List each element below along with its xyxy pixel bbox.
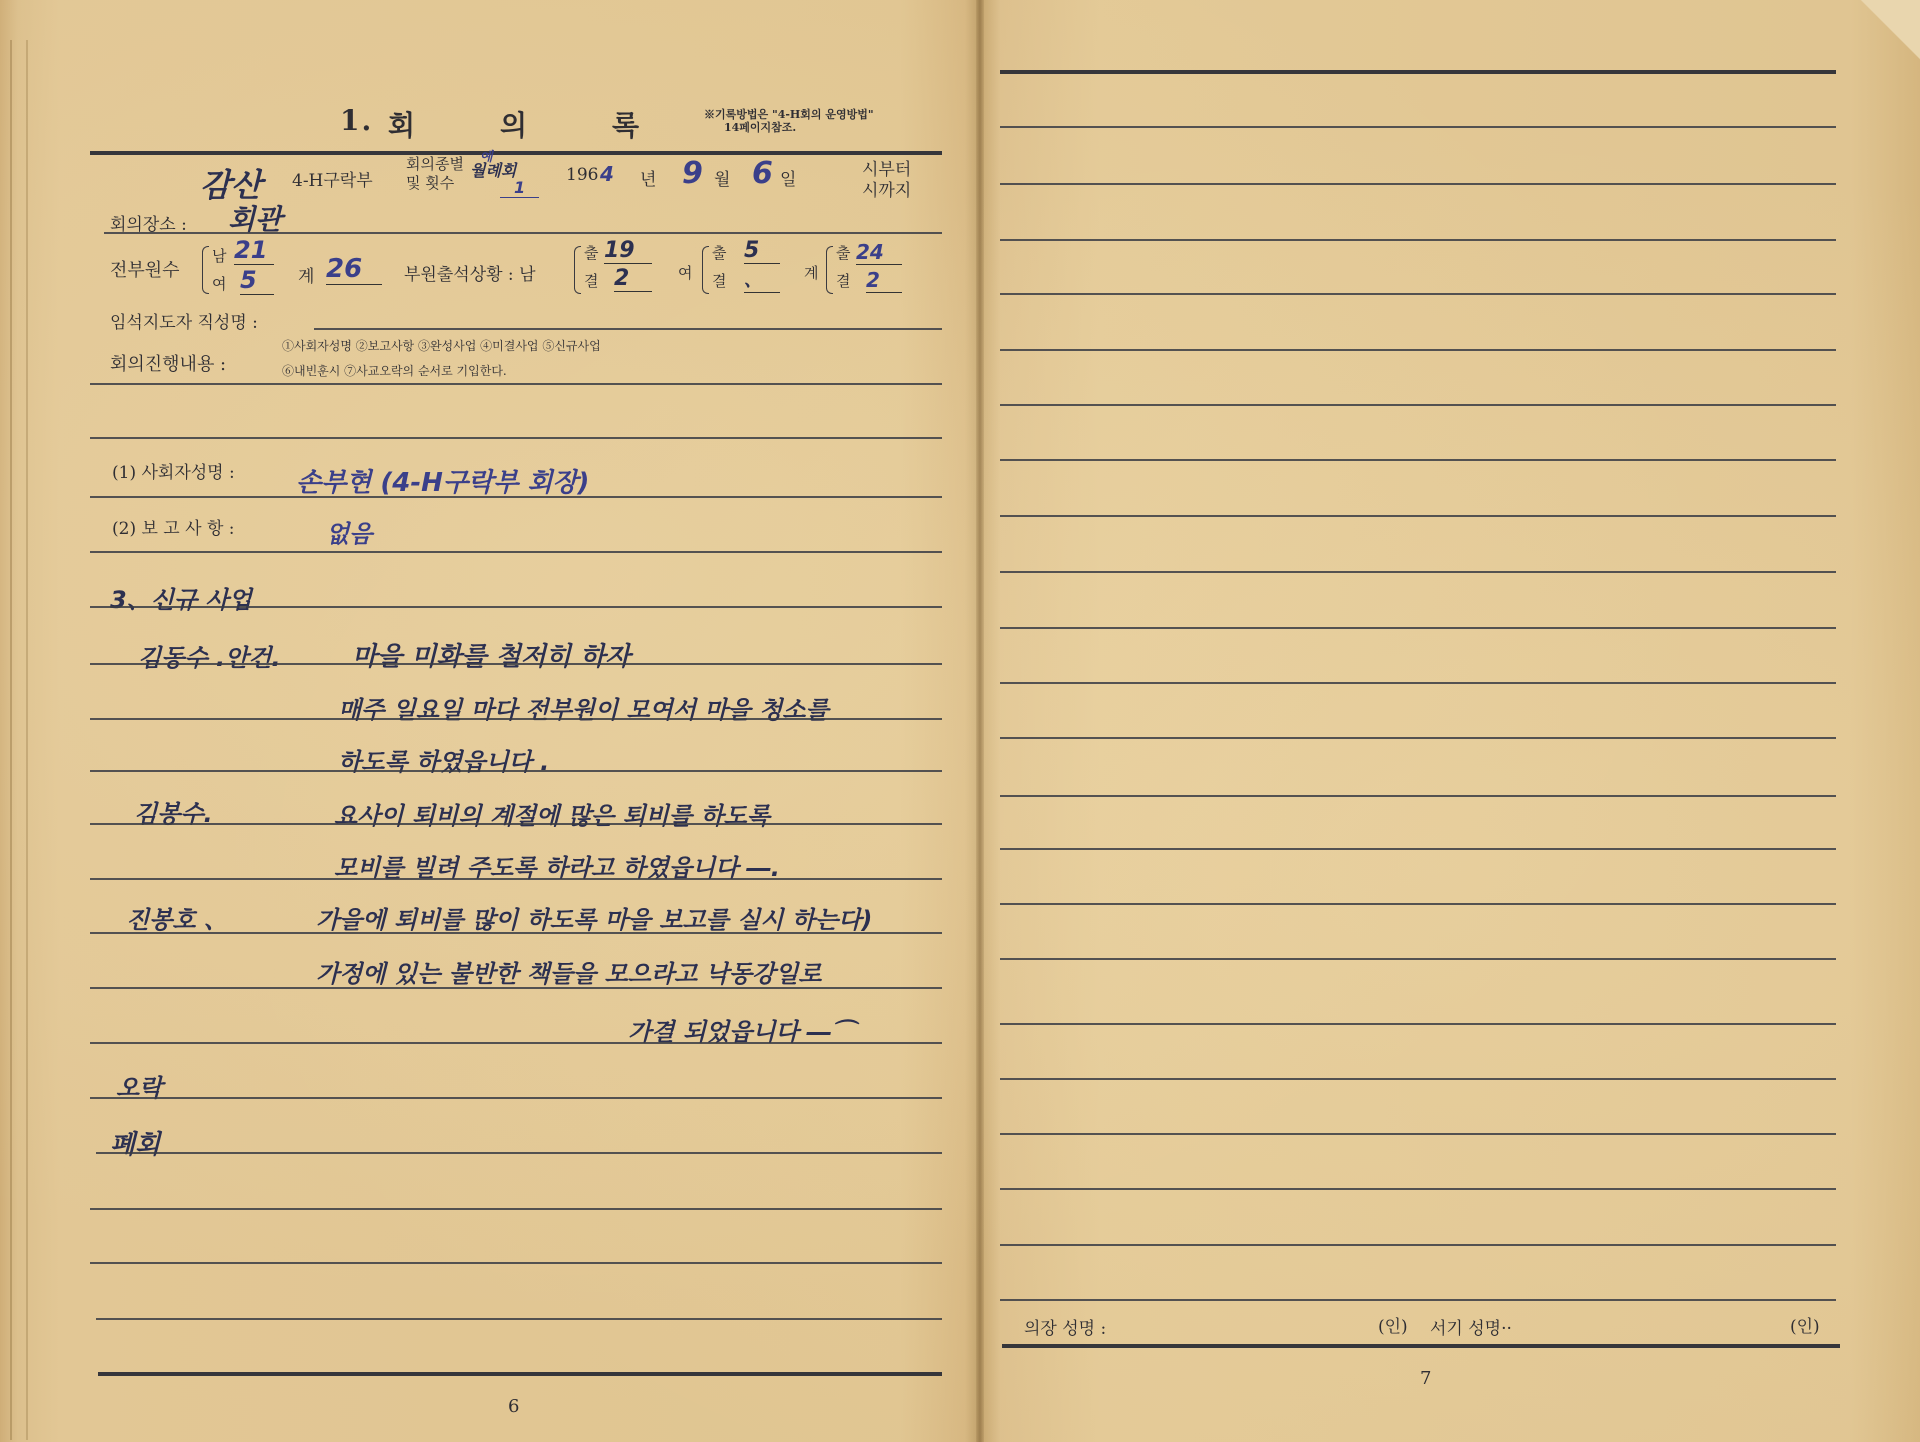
chair-seal: (인) — [1378, 1312, 1408, 1337]
male-present-label: 출 — [584, 246, 599, 260]
guest-instructor-field — [314, 328, 942, 330]
entry-rule — [90, 932, 942, 934]
entry-rule — [90, 878, 942, 880]
entry-rule — [90, 1042, 942, 1044]
year-label: 년 — [640, 165, 656, 190]
venue-rule — [104, 232, 942, 234]
blank-rule — [1000, 183, 1836, 185]
agenda-line-1: ①사회자성명 ②보고사항 ③완성사업 ④미결사업 ⑤신규사업 — [282, 339, 601, 353]
section3-rule — [90, 606, 942, 608]
female-count: 5 — [240, 266, 274, 295]
blank-rule — [1000, 571, 1836, 573]
month-label: 월 — [714, 165, 730, 190]
blank-rule — [1000, 1023, 1836, 1025]
membership-brace — [202, 246, 209, 294]
title-number: 1. — [340, 104, 373, 137]
blank-rule — [90, 1262, 942, 1264]
blank-rule — [90, 1208, 942, 1210]
total-present-value: 24 — [856, 240, 902, 265]
page-number: 6 — [508, 1396, 519, 1417]
entry-1-line-3: 하도록 하였읍니다 . — [338, 742, 549, 777]
entry-rule — [90, 987, 942, 989]
entry-rule — [90, 663, 942, 665]
total-absent-value: 2 — [866, 268, 902, 293]
chair-signature-label: 의장 성명 : — [1024, 1314, 1106, 1339]
blank-rule — [1000, 239, 1836, 241]
male-absent-label: 결 — [584, 274, 599, 288]
entry-rule — [90, 770, 942, 772]
blank-rule — [1000, 682, 1836, 684]
title-char-3: 록 — [612, 104, 641, 144]
item-1-label: (1) 사회자성명 : — [112, 458, 235, 483]
blank-rule — [1000, 515, 1836, 517]
guest-instructor-label: 임석지도자 직성명 : — [110, 308, 258, 333]
header-rule — [90, 151, 942, 155]
closing-rule — [90, 1097, 942, 1099]
closing-adjourn: 폐회 — [110, 1124, 160, 1161]
day-value: 6 — [752, 156, 773, 191]
blank-rule — [1000, 903, 1836, 905]
attendance-total-label: 계 — [804, 262, 819, 283]
entry-1-line-2: 매주 일요일 마다 전부원이 모여서 마을 청소를 — [338, 690, 829, 725]
open-notebook-spread: 1. 회 의 록 ※기록방법은 "4-H회의 운영방법" 14페이지참조. 감산… — [0, 0, 1920, 1442]
attendance-label: 부원출석상황 : 남 — [404, 260, 536, 285]
agenda-rule — [90, 383, 942, 385]
entry-3-line-1: 가을에 퇴비를 많이 하도록 마을 보고를 실시 하는다) — [316, 900, 872, 935]
signature-rule — [1002, 1344, 1840, 1348]
blank-rule — [1000, 459, 1836, 461]
meeting-type-label-2: 및 횟수 — [406, 176, 454, 190]
blank-rule — [1000, 293, 1836, 295]
blank-rule — [1000, 1188, 1836, 1190]
total-count: 26 — [326, 254, 382, 285]
footer-rule — [98, 1372, 942, 1376]
right-page: 의장 성명 : (인) 서기 성명·· (인) 7 — [984, 0, 1920, 1442]
club-label: 4-H구락부 — [292, 166, 373, 191]
membership-label: 전부원수 — [110, 256, 180, 282]
blank-rule — [1000, 737, 1836, 739]
blank-rule — [1000, 1299, 1836, 1301]
blank-rule — [1000, 848, 1836, 850]
female-absent-value: 、 — [744, 266, 780, 293]
item-2-label: (2) 보 고 사 항 : — [112, 514, 235, 539]
day-label: 일 — [780, 165, 796, 190]
entry-3-speaker: 진봉호 、 — [126, 900, 228, 935]
year-handwritten: 4 — [600, 162, 614, 186]
closing-rule — [96, 1152, 942, 1154]
total-label: 계 — [298, 262, 314, 287]
month-value: 9 — [682, 156, 703, 191]
blank-rule — [1000, 1244, 1836, 1246]
meeting-count-value: 1 — [500, 178, 539, 198]
blank-rule — [1000, 349, 1836, 351]
entry-1-speaker: 김동수 .안건. — [138, 638, 281, 673]
year-prefix: 196 — [566, 165, 598, 185]
female-label: 여 — [212, 273, 227, 294]
time-to-label: 시까지 — [862, 176, 911, 201]
agenda-line-2: ⑥내빈훈시 ⑦사교오락의 순서로 기입한다. — [282, 364, 507, 378]
blank-rule — [1000, 795, 1836, 797]
instruction-note-line2: 14페이지참조. — [724, 121, 796, 135]
female-attendance-label: 여 — [678, 262, 693, 283]
secretary-signature-label: 서기 성명·· — [1430, 1314, 1512, 1339]
attendance-total-brace — [826, 246, 833, 294]
section3-heading: 3、신규 사업 — [110, 580, 252, 615]
secretary-seal: (인) — [1790, 1312, 1820, 1337]
entry-rule — [90, 823, 942, 825]
total-absent-label: 결 — [836, 274, 851, 288]
male-count: 21 — [234, 236, 274, 265]
attendance-female-brace — [702, 246, 709, 294]
female-present-label: 출 — [712, 246, 727, 260]
total-present-label: 출 — [836, 246, 851, 260]
blank-rule — [90, 437, 942, 439]
female-present-value: 5 — [744, 238, 780, 264]
title-char-2: 의 — [500, 104, 529, 144]
title-char-1: 회 — [388, 104, 417, 144]
blank-rule — [1000, 627, 1836, 629]
top-rule — [1000, 70, 1836, 74]
male-present-value: 19 — [604, 238, 652, 264]
blank-rule — [1000, 404, 1836, 406]
entry-rule — [90, 718, 942, 720]
attendance-male-brace — [574, 246, 581, 294]
instruction-note-line1: ※기록방법은 "4-H회의 운영방법" — [704, 108, 874, 122]
item-2-value: 없음 — [326, 514, 372, 549]
item-2-rule — [90, 551, 942, 553]
blank-rule — [1000, 1133, 1836, 1135]
book-spine — [976, 0, 984, 1442]
blank-rule — [1000, 958, 1836, 960]
male-label: 남 — [212, 245, 227, 266]
blank-rule — [1000, 126, 1836, 128]
entry-2-line-1: 요사이 퇴비의 계절에 많은 퇴비를 하도록 — [334, 796, 770, 831]
page-number: 7 — [1420, 1368, 1431, 1389]
agenda-label: 회의진행내용 : — [110, 350, 226, 376]
entry-1-line-1: 마을 미화를 철저히 하자 — [352, 636, 630, 673]
meeting-type-label-1: 회의종별 — [406, 157, 464, 171]
blank-rule — [1000, 1078, 1836, 1080]
entry-3-line-2: 가정에 있는 불반한 책들을 모으라고 낙동강일로 — [316, 954, 821, 989]
male-absent-value: 2 — [614, 266, 652, 292]
left-page: 1. 회 의 록 ※기록방법은 "4-H회의 운영방법" 14페이지참조. 감산… — [0, 0, 976, 1442]
item-1-rule — [90, 496, 942, 498]
blank-rule — [96, 1318, 942, 1320]
female-absent-label: 결 — [712, 274, 727, 288]
item-1-value: 손부현 (4-H구락부 회장) — [296, 462, 589, 499]
